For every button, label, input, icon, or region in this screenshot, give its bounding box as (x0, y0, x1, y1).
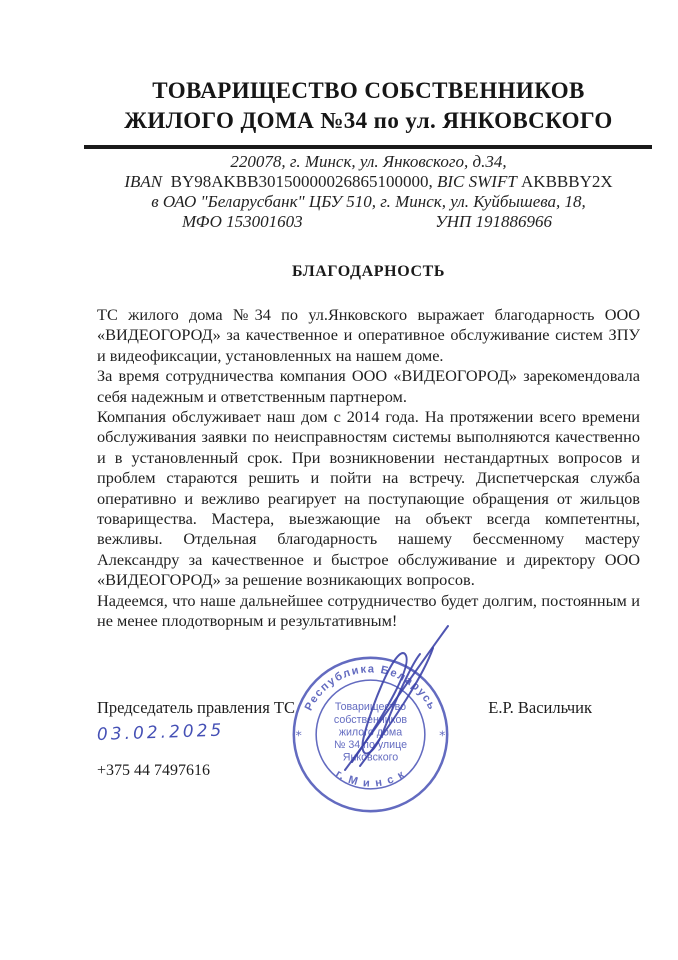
body-paragraph: ТС жилого дома №34 по ул.Янковского выра… (97, 305, 640, 366)
organization-title-line2: ЖИЛОГО ДОМА №34 по ул. ЯНКОВСКОГО (97, 106, 640, 136)
mfo-value: МФО 153001603 (182, 212, 303, 232)
unp-value: УНП 191886966 (435, 212, 552, 232)
iban-value: BY98AKBB30150000026865100000, (171, 172, 433, 191)
organization-title-line1: ТОВАРИЩЕСТВО СОБСТВЕННИКОВ (97, 76, 640, 106)
letter-body: ТС жилого дома №34 по ул.Янковского выра… (97, 305, 640, 632)
letter-title: БЛАГОДАРНОСТЬ (97, 263, 640, 281)
address-line: 220078, г. Минск, ул. Янковского, д.34, (97, 152, 640, 172)
handwritten-date: 03.02.2025 (97, 720, 238, 745)
bic-label: BIC SWIFT (437, 172, 517, 191)
organization-title: ТОВАРИЩЕСТВО СОБСТВЕННИКОВ ЖИЛОГО ДОМА №… (97, 76, 640, 136)
scanned-letter-page: ТОВАРИЩЕСТВО СОБСТВЕННИКОВ ЖИЛОГО ДОМА №… (0, 0, 678, 960)
body-paragraph: За время сотрудничества компания ООО «ВИ… (97, 366, 640, 407)
body-paragraph: Компания обслуживает наш дом с 2014 года… (97, 407, 640, 591)
bic-value: AKBBBY2X (521, 172, 613, 191)
signer-position-label: Председатель правления ТС (97, 698, 295, 718)
iban-line: IBAN BY98AKBB30150000026865100000, BIC S… (97, 172, 640, 192)
bank-details-block: 220078, г. Минск, ул. Янковского, д.34, … (97, 152, 640, 232)
bank-line: в ОАО "Беларусбанк" ЦБУ 510, г. Минск, у… (97, 192, 640, 212)
signer-name: Е.Р. Васильчик (488, 698, 640, 718)
signature-stroke-loop (352, 653, 420, 762)
letterhead-divider (84, 145, 652, 149)
mfo-unp-line: МФО 153001603 УНП 191886966 (97, 212, 640, 232)
handwritten-signature (300, 612, 465, 792)
signature-stroke-second (360, 648, 433, 766)
iban-label: IBAN (124, 172, 162, 191)
